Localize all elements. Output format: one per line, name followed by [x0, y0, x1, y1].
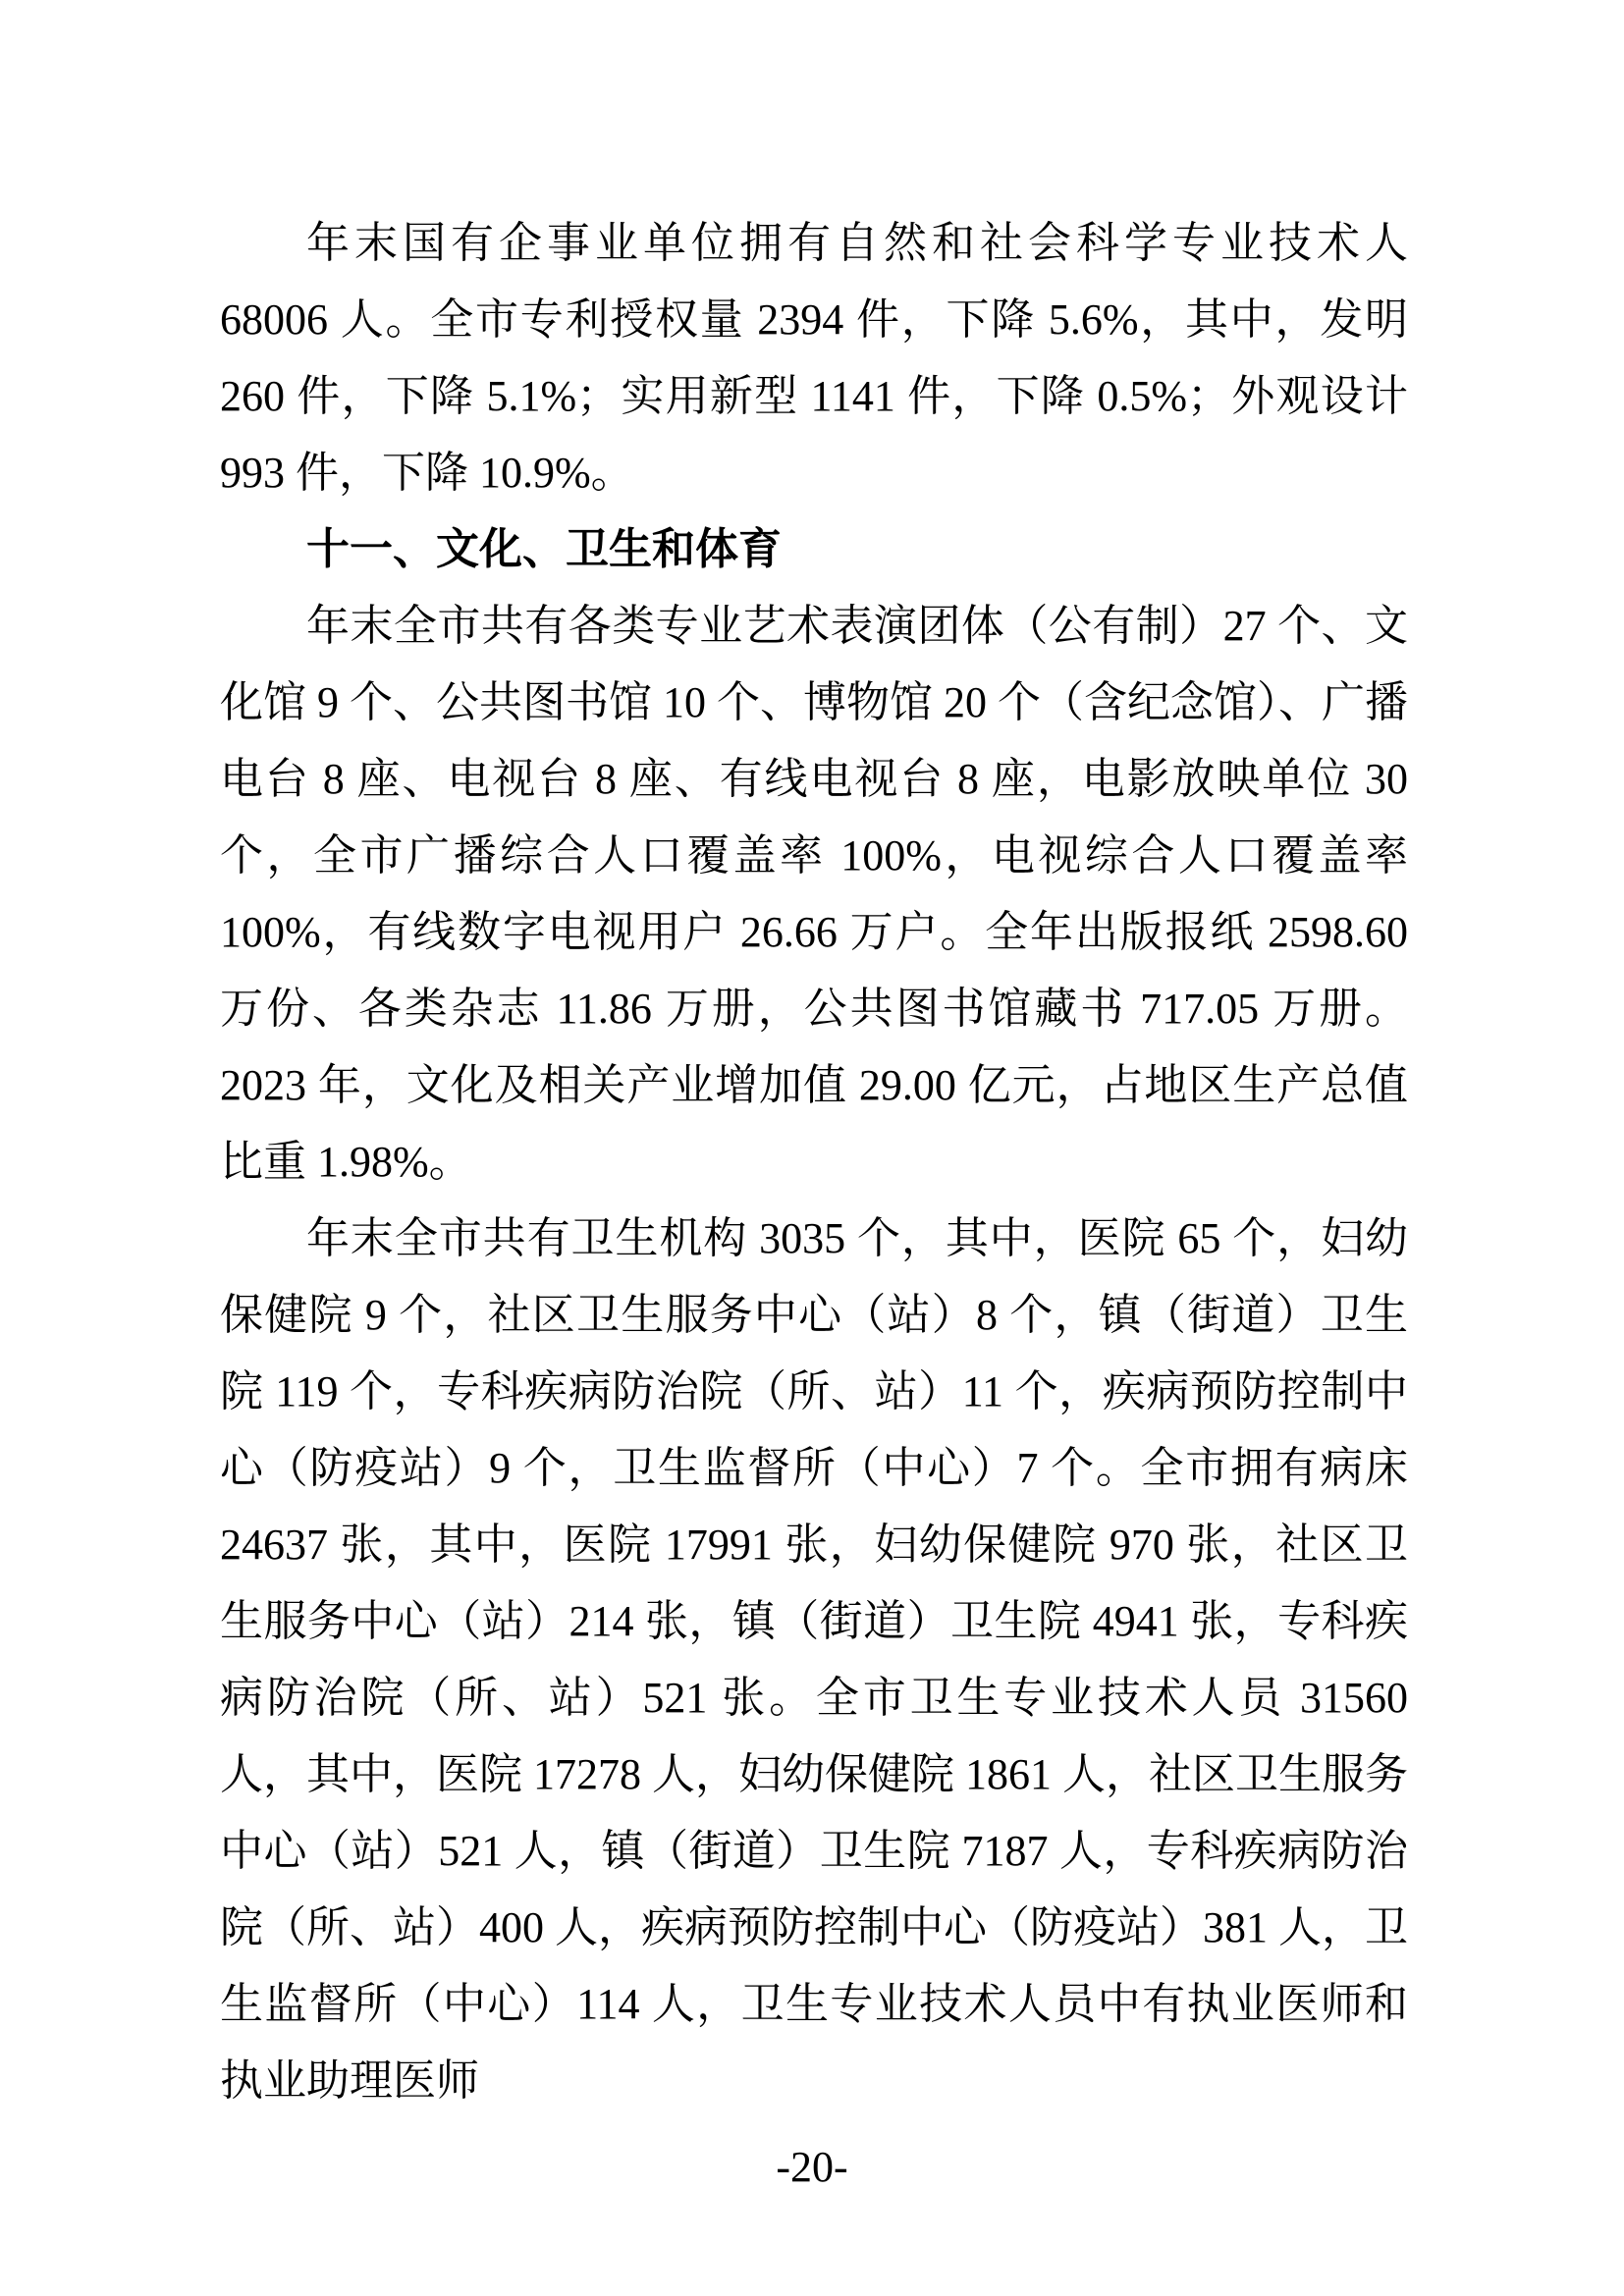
paragraph-science-patents: 年末国有企事业单位拥有自然和社会科学专业技术人 68006 人。全市专利授权量 … [220, 205, 1408, 511]
section-heading: 十一、文化、卫生和体育 [220, 511, 1408, 588]
paragraph-culture: 年末全市共有各类专业艺术表演团体（公有制）27 个、文化馆 9 个、公共图书馆 … [220, 588, 1408, 1201]
document-page: 年末国有企事业单位拥有自然和社会科学专业技术人 68006 人。全市专利授权量 … [0, 0, 1624, 2296]
paragraph-health: 年末全市共有卫生机构 3035 个，其中，医院 65 个，妇幼保健院 9 个，社… [220, 1201, 1408, 2119]
document-body: 年末国有企事业单位拥有自然和社会科学专业技术人 68006 人。全市专利授权量 … [220, 205, 1408, 2119]
page-number: -20- [0, 2146, 1624, 2189]
